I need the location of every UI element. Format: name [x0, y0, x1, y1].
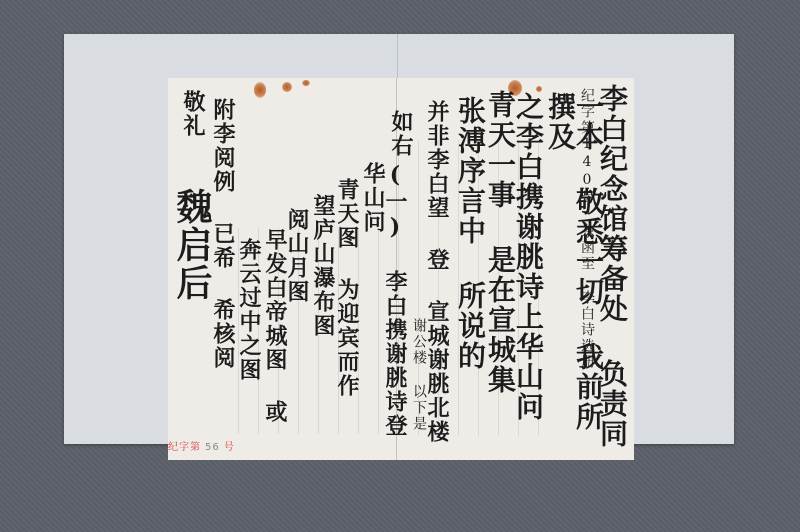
letter-column: 奔云过中之图: [238, 238, 260, 382]
letter-column: 青天图 为迎宾而作: [336, 178, 358, 398]
letter-column: 之李白携谢朓诗上华山问: [514, 92, 542, 422]
letter-column: 一本 敬悉一切 我前所撰及: [546, 92, 602, 460]
letter-sheet: 李白纪念馆筹备处 负责同 纪字第140号 东函至 李白诗选册 一本 敬悉一切 我…: [168, 78, 634, 460]
letter-column: 谢公楼 以下是: [412, 318, 426, 432]
signature: 魏启后: [174, 188, 210, 302]
letter-column: 青天一事 是在宣城集: [486, 90, 514, 395]
rust-stain: [254, 82, 266, 98]
red-reference-stamp: 纪字第56号: [168, 438, 235, 453]
stamp-label: 纪字第: [168, 442, 201, 453]
rust-stain: [282, 82, 292, 92]
stamp-suffix: 号: [224, 442, 235, 453]
rust-stain: [302, 80, 310, 86]
letter-column: 并非李白望 登 宣城谢朓北楼: [426, 100, 448, 444]
stamp-number: 56: [205, 442, 220, 453]
letter-column: 阅山月图: [286, 208, 308, 304]
letter-column: 早发白帝城图 或: [264, 228, 286, 424]
letter-column: 附李阅例 已希 希核阅: [212, 98, 234, 370]
closing-salutation: 敬礼: [182, 90, 204, 138]
letter-column: 张溥序言中 所说的: [456, 96, 484, 371]
letter-column: 如右: [390, 110, 412, 158]
letter-column: (一) 李白携谢朓诗登华山问: [362, 162, 406, 460]
letter-column: 望庐山瀑布图: [312, 194, 334, 338]
